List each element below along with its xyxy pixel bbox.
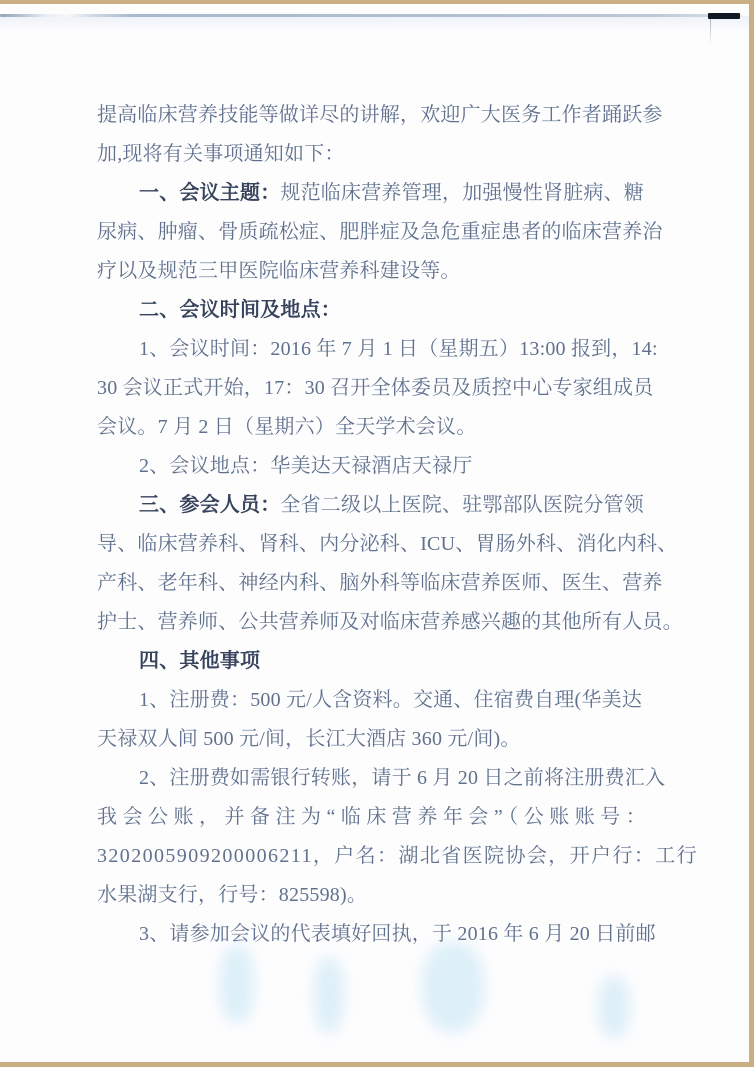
scan-black-mark	[708, 13, 740, 19]
line-text: 天禄双人间 500 元/间，长江大酒店 360 元/间)。	[97, 728, 521, 750]
section-heading-line: 一、会议主题：规范临床营养管理，加强慢性肾脏病、糖	[97, 174, 661, 213]
scan-fold-line	[0, 14, 742, 17]
doc-line: 2、会议地点：华美达天禄酒店天禄厅	[97, 447, 661, 486]
doc-line: 我会公账，并备注为“临床营养年会”（公账账号：	[97, 798, 661, 837]
line-text: 30 会议正式开始，17：30 召开全体委员及质控中心专家组成员	[97, 377, 653, 399]
doc-line: 30 会议正式开始，17：30 召开全体委员及质控中心专家组成员	[97, 369, 661, 408]
doc-line: 水果湖支行，行号：825598)。	[97, 876, 661, 915]
line-text: 导、临床营养科、肾科、内分泌科、ICU、胃肠外科、消化内科、	[97, 533, 677, 555]
line-text: 我会公账，并备注为“临床营养年会”（公账账号：	[97, 806, 651, 828]
line-text: 护士、营养师、公共营养师及对临床营养感兴趣的其他所有人员。	[97, 611, 683, 633]
line-text: 3202005909200006211，户名：湖北省医院协会，开户行：工行	[97, 845, 698, 867]
line-text: 全省二级以上医院、驻鄂部队医院分管领	[280, 494, 644, 516]
scan-hairline	[710, 19, 711, 45]
line-text: 提高临床营养技能等做详尽的讲解，欢迎广大医务工作者踊跃参	[97, 104, 663, 126]
line-text: 规范临床营养管理，加强慢性肾脏病、糖	[280, 182, 644, 204]
doc-line: 1、会议时间：2016 年 7 月 1 日（星期五）13:00 报到，14:	[97, 330, 661, 369]
line-text: 水果湖支行，行号：825598)。	[97, 884, 367, 906]
doc-line: 疗以及规范三甲医院临床营养科建设等。	[97, 252, 661, 291]
line-text: 3、请参加会议的代表填好回执，于 2016 年 6 月 20 日前邮	[139, 923, 656, 945]
doc-line: 提高临床营养技能等做详尽的讲解，欢迎广大医务工作者踊跃参	[97, 96, 661, 135]
section-heading: 三、参会人员：	[139, 494, 280, 516]
doc-line: 3、请参加会议的代表填好回执，于 2016 年 6 月 20 日前邮	[97, 915, 661, 954]
doc-line: 2、注册费如需银行转账，请于 6 月 20 日之前将注册费汇入	[97, 759, 661, 798]
scan-fold-tint	[0, 16, 749, 32]
scanned-document-page: 提高临床营养技能等做详尽的讲解，欢迎广大医务工作者踊跃参 加,现将有关事项通知如…	[0, 4, 749, 1062]
doc-line: 1、注册费：500 元/人含资料。交通、住宿费自理(华美达	[97, 681, 661, 720]
document-body: 提高临床营养技能等做详尽的讲解，欢迎广大医务工作者踊跃参 加,现将有关事项通知如…	[97, 96, 661, 954]
doc-line: 加,现将有关事项通知如下：	[97, 135, 661, 174]
scan-bed: 提高临床营养技能等做详尽的讲解，欢迎广大医务工作者踊跃参 加,现将有关事项通知如…	[0, 0, 754, 1067]
doc-line: 护士、营养师、公共营养师及对临床营养感兴趣的其他所有人员。	[97, 603, 661, 642]
section-heading-line: 四、其他事项	[97, 642, 661, 681]
line-text: 1、会议时间：2016 年 7 月 1 日（星期五）13:00 报到，14:	[139, 338, 658, 360]
line-text: 产科、老年科、神经内科、脑外科等临床营养医师、医生、营养	[97, 572, 663, 594]
line-text: 加,现将有关事项通知如下：	[97, 143, 345, 165]
doc-line: 导、临床营养科、肾科、内分泌科、ICU、胃肠外科、消化内科、	[97, 525, 661, 564]
section-heading-line: 二、会议时间及地点：	[97, 291, 661, 330]
doc-line: 天禄双人间 500 元/间，长江大酒店 360 元/间)。	[97, 720, 661, 759]
bleed-through-smudge	[598, 976, 630, 1038]
doc-line: 3202005909200006211，户名：湖北省医院协会，开户行：工行	[97, 837, 661, 876]
line-text: 尿病、肿瘤、骨质疏松症、肥胖症及急危重症患者的临床营养治	[97, 221, 663, 243]
section-heading: 二、会议时间及地点：	[139, 299, 341, 321]
section-heading: 一、会议主题：	[139, 182, 280, 204]
line-text: 2、注册费如需银行转账，请于 6 月 20 日之前将注册费汇入	[139, 767, 665, 789]
doc-line: 会议。7 月 2 日（星期六）全天学术会议。	[97, 408, 661, 447]
line-text: 会议。7 月 2 日（星期六）全天学术会议。	[97, 416, 476, 438]
section-heading-line: 三、参会人员：全省二级以上医院、驻鄂部队医院分管领	[97, 486, 661, 525]
doc-line: 产科、老年科、神经内科、脑外科等临床营养医师、医生、营养	[97, 564, 661, 603]
line-text: 2、会议地点：华美达天禄酒店天禄厅	[139, 455, 472, 477]
bleed-through-smudge	[422, 942, 484, 1032]
line-text: 1、注册费：500 元/人含资料。交通、住宿费自理(华美达	[139, 689, 642, 711]
doc-line: 尿病、肿瘤、骨质疏松症、肥胖症及急危重症患者的临床营养治	[97, 213, 661, 252]
bleed-through-smudge	[220, 945, 254, 1023]
bleed-through-smudge	[314, 957, 344, 1033]
line-text: 疗以及规范三甲医院临床营养科建设等。	[97, 260, 461, 282]
section-heading: 四、其他事项	[139, 650, 260, 672]
